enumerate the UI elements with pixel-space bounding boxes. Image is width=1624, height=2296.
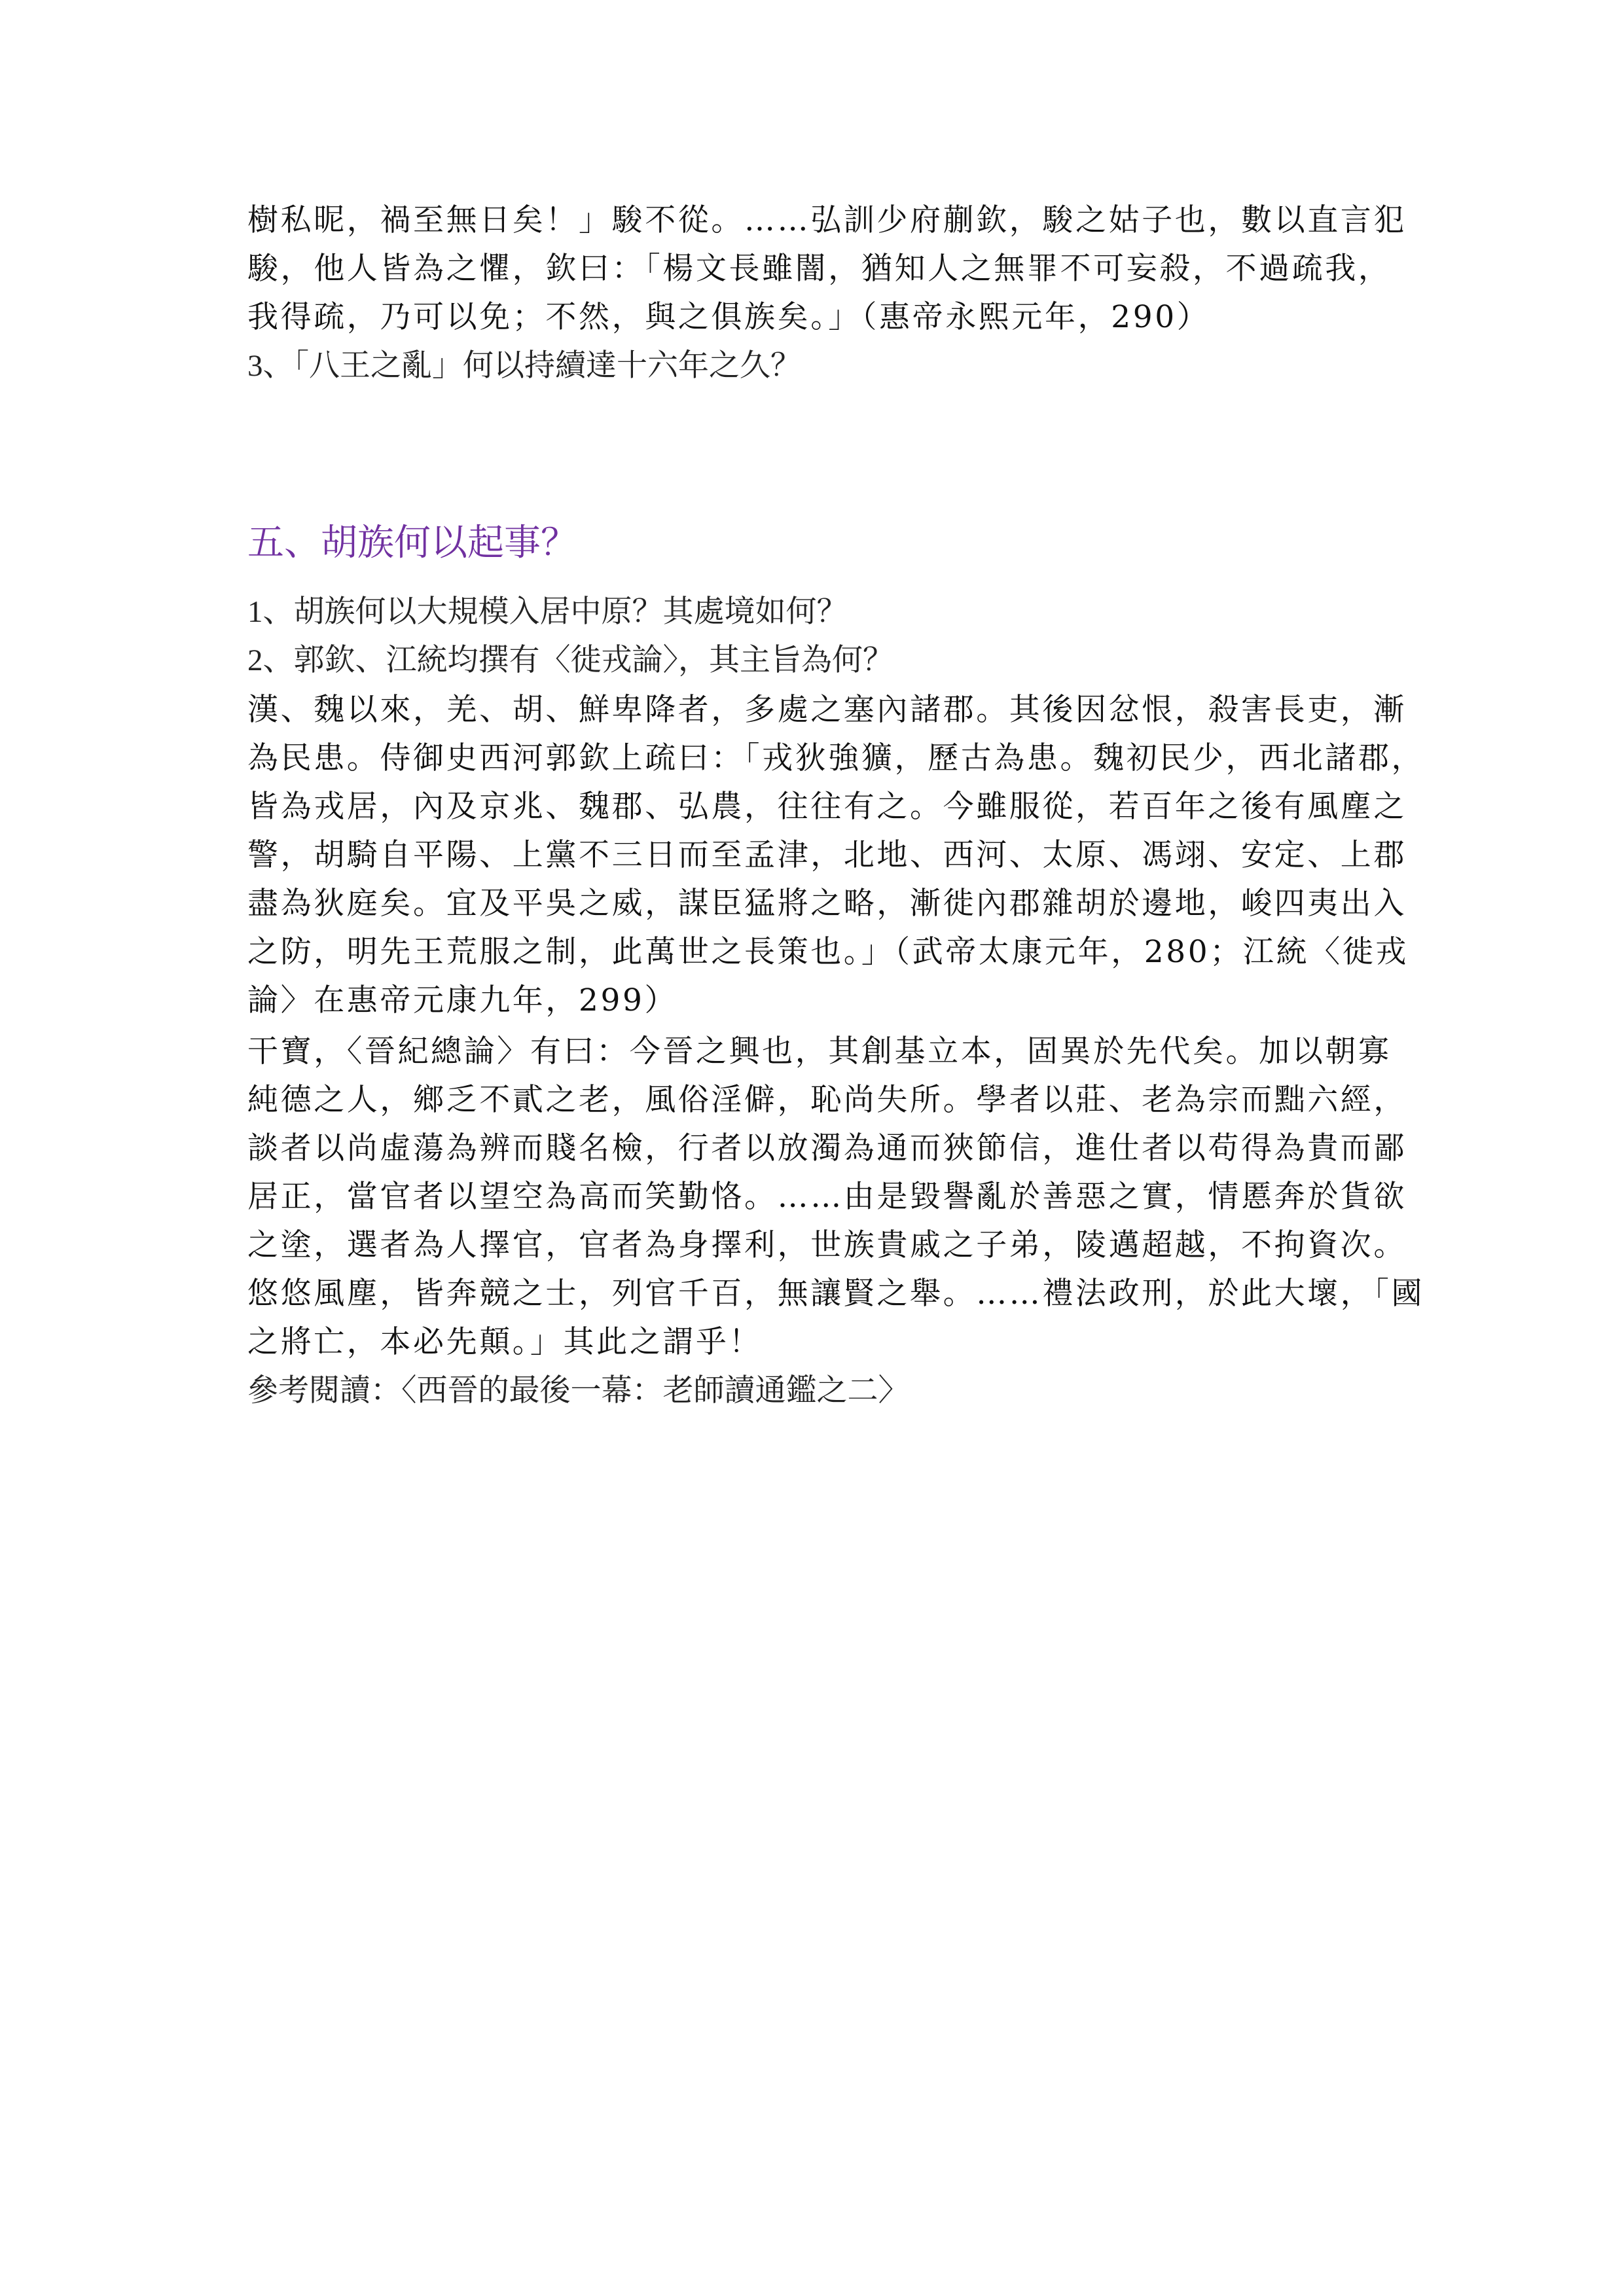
question-3: 3、「八王之亂」何以持續達十六年之久？ [247, 342, 801, 390]
section-heading: 五、胡族何以起事？ [247, 517, 577, 569]
quote2-line-2: 純德之人，鄉乏不貳之老，風俗淫僻，恥尚失所。學者以莊、老為宗而黜六經， [247, 1076, 1407, 1124]
quote1-line-2: 為民患。侍御史西河郭欽上疏曰：「戎狄強獷，歷古為患。魏初民少，西北諸郡， [247, 734, 1424, 783]
continuation-line-1: 樹私昵，禍至無日矣！」駿不從。……弘訓少府蒯欽，駿之姑子也，數以直言犯 [247, 196, 1407, 245]
question-1: 1、胡族何以大規模入居中原？其處境如何？ [247, 588, 848, 636]
quote1-line-6: 之防，明先王荒服之制，此萬世之長策也。」（武帝太康元年，280；江統〈徙戎 [247, 928, 1409, 977]
quote1-line-1: 漢、魏以來，羌、胡、鮮卑降者，多處之塞內諸郡。其後因忿恨，殺害長吏，漸 [247, 686, 1407, 734]
quote2-line-1: 干寶，〈晉紀總論〉有曰：今晉之興也，其創基立本，固異於先代矣。加以朝寡 [247, 1028, 1392, 1076]
quote2-line-7: 之將亡，本必先顛。」其此之謂乎！ [247, 1318, 762, 1367]
continuation-line-3: 我得疏，乃可以免；不然，與之俱族矣。」（惠帝永熙元年，290） [247, 293, 1210, 342]
quote2-line-3: 談者以尚虛蕩為辨而賤名檢，行者以放濁為通而狹節信，進仕者以苟得為貴而鄙 [247, 1124, 1407, 1173]
quote1-line-3: 皆為戎居，內及京兆、魏郡、弘農，往往有之。今雖服從，若百年之後有風塵之 [247, 783, 1407, 831]
question-2: 2、郭欽、江統均撰有〈徙戎論〉，其主旨為何？ [247, 636, 893, 685]
quote1-line-5: 盡為狄庭矣。宜及平吳之威，謀臣猛將之略，漸徙內郡雜胡於邊地，峻四夷出入 [247, 880, 1407, 928]
quote1-line-4: 警，胡騎自平陽、上黨不三日而至孟津，北地、西河、太原、馮翊、安定、上郡 [247, 831, 1407, 880]
quote2-line-6: 悠悠風塵，皆奔競之士，列官千百，無讓賢之舉。……禮法政刑，於此大壞，「國 [247, 1270, 1424, 1318]
quote1-line-7: 論〉在惠帝元康九年，299） [247, 977, 677, 1025]
continuation-line-2: 駿，他人皆為之懼，欽曰：「楊文長雖闇，猶知人之無罪不可妄殺，不過疏我， [247, 245, 1392, 293]
quote2-line-4: 居正，當官者以望空為高而笑勤恪。……由是毀譽亂於善惡之實，情慝奔於貨欲 [247, 1173, 1407, 1221]
document-page: 樹私昵，禍至無日矣！」駿不從。……弘訓少府蒯欽，駿之姑子也，數以直言犯 駿，他人… [0, 0, 1624, 2296]
reference-reading: 參考閱讀：〈西晉的最後一幕：老師讀通鑑之二〉 [247, 1367, 909, 1415]
quote2-line-5: 之塗，選者為人擇官，官者為身擇利，世族貴戚之子弟，陵邁超越，不拘資次。 [247, 1221, 1407, 1270]
